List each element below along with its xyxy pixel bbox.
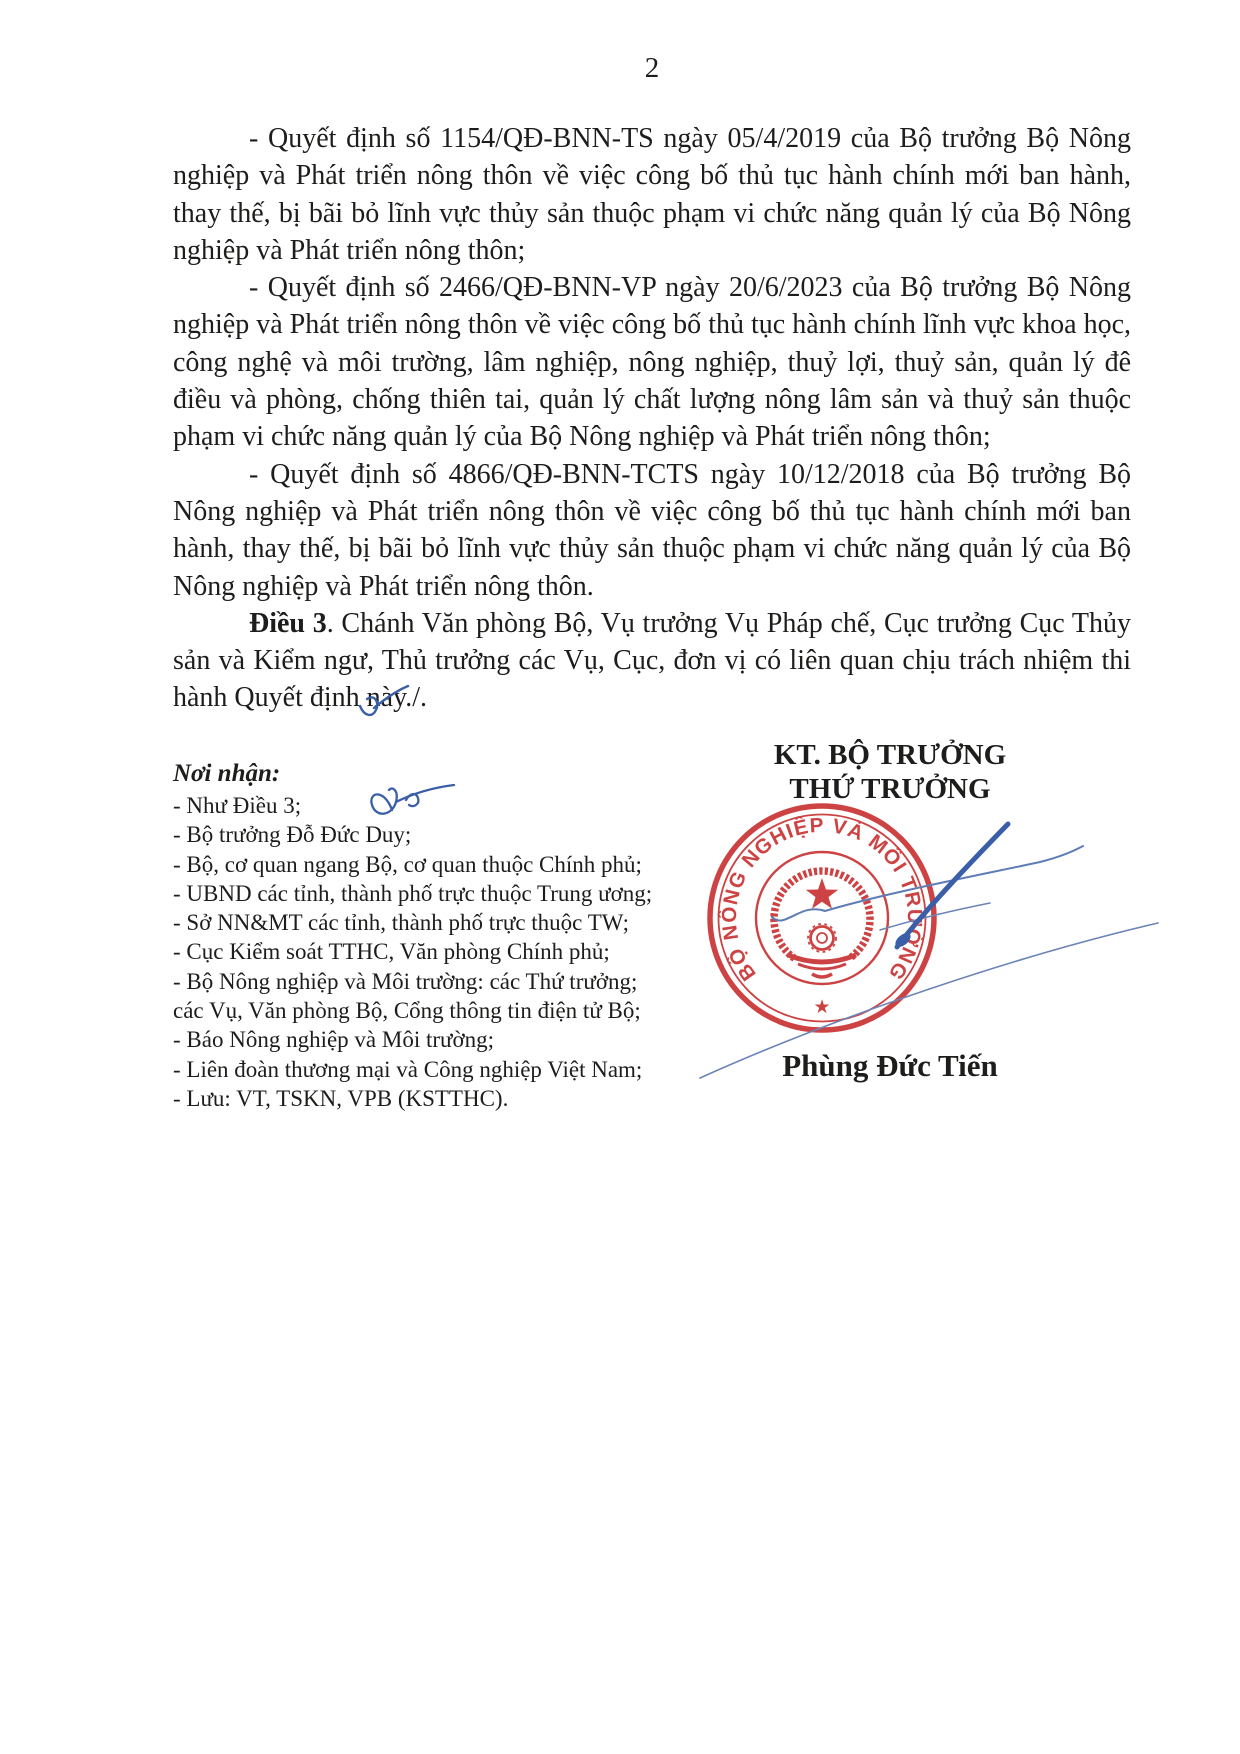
paragraph-decision-4866: - Quyết định số 4866/QĐ-BNN-TCTS ngày 10… (173, 456, 1131, 605)
recipient-line: - Báo Nông nghiệp và Môi trường; (173, 1025, 653, 1054)
acting-minister-title: KT. BỘ TRƯỞNG (700, 738, 1080, 772)
recipient-line: - Sở NN&MT các tỉnh, thành phố trực thuộ… (173, 908, 653, 937)
recipients-list: - Như Điều 3; - Bộ trưởng Đỗ Đức Duy; - … (173, 791, 653, 1113)
recipient-line: - Liên đoàn thương mại và Công nghiệp Vi… (173, 1055, 653, 1084)
recipient-line: - Cục Kiểm soát TTHC, Văn phòng Chính ph… (173, 937, 653, 966)
paragraph-article-3: Điều 3. Chánh Văn phòng Bộ, Vụ trưởng Vụ… (173, 605, 1131, 717)
paragraph-decision-1154: - Quyết định số 1154/QĐ-BNN-TS ngày 05/4… (173, 120, 1131, 269)
ink-initials (362, 778, 457, 823)
recipient-line: - UBND các tỉnh, thành phố trực thuộc Tr… (173, 879, 653, 908)
recipient-line: các Vụ, Văn phòng Bộ, Cổng thông tin điệ… (173, 996, 653, 1025)
recipient-line: - Bộ Nông nghiệp và Môi trường: các Thứ … (173, 967, 653, 996)
signer-name: Phùng Đức Tiến (700, 1048, 1080, 1084)
recipient-line: - Lưu: VT, TSKN, VPB (KSTTHC). (173, 1084, 653, 1113)
document-page: 2 - Quyết định số 1154/QĐ-BNN-TS ngày 05… (0, 0, 1240, 1754)
document-body: - Quyết định số 1154/QĐ-BNN-TS ngày 05/4… (173, 120, 1131, 717)
recipient-line: - Bộ, cơ quan ngang Bộ, cơ quan thuộc Ch… (173, 850, 653, 879)
recipient-line: - Bộ trưởng Đỗ Đức Duy; (173, 820, 653, 849)
article-3-label: Điều 3 (249, 608, 327, 639)
ink-check-mark (352, 682, 412, 727)
paragraph-decision-2466: - Quyết định số 2466/QĐ-BNN-VP ngày 20/6… (173, 269, 1131, 455)
page-number: 2 (173, 52, 1131, 85)
